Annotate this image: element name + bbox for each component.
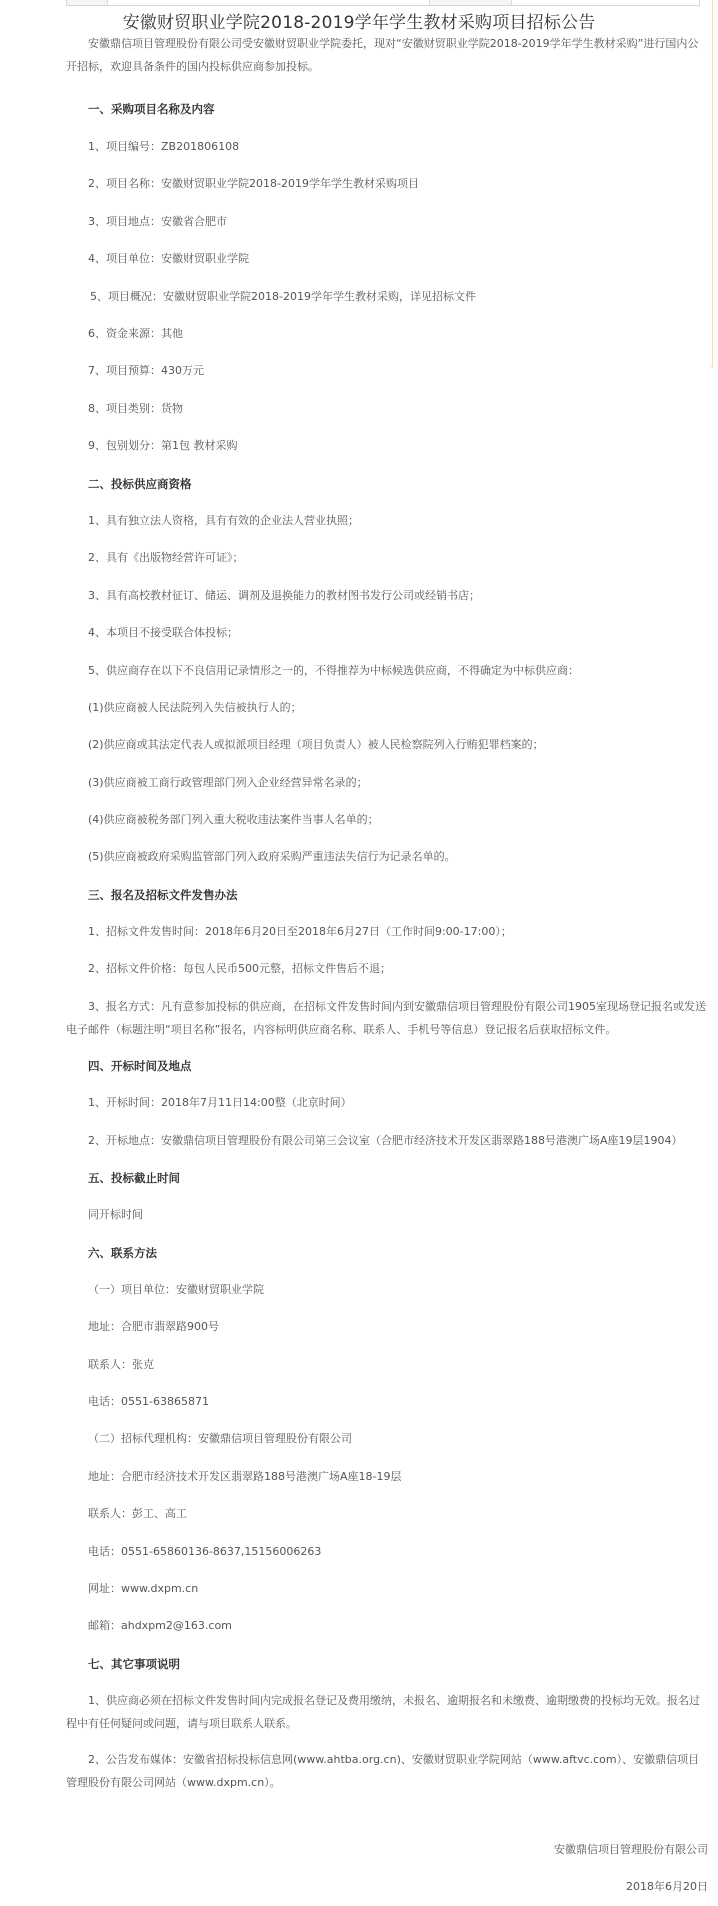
list-item: 3、具有高校教材征订、储运、调剂及退换能力的教材图书发行公司或经销书店； xyxy=(88,589,480,603)
list-item: 7、项目预算：430万元 xyxy=(88,364,204,378)
intro-paragraph: 安徽鼎信项目管理股份有限公司受安徽财贸职业学院委托，现对“安徽财贸职业学院201… xyxy=(66,32,706,78)
list-item: 2、项目名称：安徽财贸职业学院2018-2019学年学生教材采购项目 xyxy=(88,177,419,191)
list-item: 电话：0551-63865871 xyxy=(88,1395,209,1409)
list-item: （二）招标代理机构：安徽鼎信项目管理股份有限公司 xyxy=(88,1432,352,1446)
list-item-paragraph: 3、报名方式：凡有意参加投标的供应商，在招标文件发售时间内到安徽鼎信项目管理股份… xyxy=(66,995,706,1041)
section-heading-1: 一、采购项目名称及内容 xyxy=(88,102,215,116)
signature-date: 2018年6月20日 xyxy=(400,1880,708,1894)
list-item: 3、项目地点：安徽省合肥市 xyxy=(88,215,227,229)
section-heading-5: 五、投标截止时间 xyxy=(88,1171,180,1185)
list-item: 邮箱：ahdxpm2@163.com xyxy=(88,1619,232,1633)
table-cell-value xyxy=(512,0,699,5)
list-item: 地址：合肥市翡翠路900号 xyxy=(88,1320,219,1334)
list-item: 2、具有《出版物经营许可证》； xyxy=(88,551,244,565)
list-item: (1)供应商被人民法院列入失信被执行人的； xyxy=(88,701,302,715)
list-item: (4)供应商被税务部门列入重大税收违法案件当事人名单的； xyxy=(88,813,379,827)
intro-text: 安徽鼎信项目管理股份有限公司受安徽财贸职业学院委托，现对“安徽财贸职业学院201… xyxy=(66,37,698,73)
signature-company: 安徽鼎信项目管理股份有限公司 xyxy=(400,1843,708,1857)
list-item: 联系人：张克 xyxy=(88,1358,154,1372)
list-item: 网址：www.dxpm.cn xyxy=(88,1582,198,1596)
page-title: 安徽财贸职业学院2018-2019学年学生教材采购项目招标公告 xyxy=(0,8,718,33)
list-item-text: 1、供应商必须在招标文件发售时间内完成报名登记及费用缴纳，未报名、逾期报名和未缴… xyxy=(66,1694,700,1730)
list-item: 6、资金来源：其他 xyxy=(88,327,183,341)
section-heading-6: 六、联系方法 xyxy=(88,1246,157,1260)
list-item: 同开标时间 xyxy=(88,1208,143,1222)
list-item: （一）项目单位：安徽财贸职业学院 xyxy=(88,1283,264,1297)
list-item: 1、招标文件发售时间：2018年6月20日至2018年6月27日（工作时间9:0… xyxy=(88,925,512,939)
list-item: 1、项目编号：ZB201806108 xyxy=(88,140,239,154)
section-heading-2: 二、投标供应商资格 xyxy=(88,477,192,491)
list-item-text: 3、报名方式：凡有意参加投标的供应商，在招标文件发售时间内到安徽鼎信项目管理股份… xyxy=(66,1000,706,1036)
list-item: 1、开标时间：2018年7月11日14:00整（北京时间） xyxy=(88,1096,352,1110)
list-item-text: 2、公告发布媒体：安徽省招标投标信息网(www.ahtba.org.cn)、安徽… xyxy=(66,1753,699,1789)
table-cell-value xyxy=(108,0,430,5)
list-item-paragraph: 2、公告发布媒体：安徽省招标投标信息网(www.ahtba.org.cn)、安徽… xyxy=(66,1748,706,1794)
table-cell-label xyxy=(67,0,108,5)
list-item: 4、本项目不接受联合体投标； xyxy=(88,626,238,640)
list-item: 1、具有独立法人资格，具有有效的企业法人营业执照； xyxy=(88,514,359,528)
list-item: 5、项目概况：安徽财贸职业学院2018-2019学年学生教材采购，详见招标文件 xyxy=(90,290,476,304)
side-border-rule-end xyxy=(710,366,714,367)
list-item: 地址：合肥市经济技术开发区翡翠路188号港澳广场A座18-19层 xyxy=(88,1470,401,1484)
table-cell-label xyxy=(430,0,512,5)
list-item: 联系人：彭工、高工 xyxy=(88,1507,187,1521)
list-item: 8、项目类别：货物 xyxy=(88,402,183,416)
section-heading-3: 三、报名及招标文件发售办法 xyxy=(88,888,238,902)
list-item: 9、包别划分：第1包 教材采购 xyxy=(88,439,238,453)
list-item-paragraph: 1、供应商必须在招标文件发售时间内完成报名登记及费用缴纳，未报名、逾期报名和未缴… xyxy=(66,1689,706,1735)
list-item: (5)供应商被政府采购监管部门列入政府采购严重违法失信行为记录名单的。 xyxy=(88,850,456,864)
list-item: 4、项目单位：安徽财贸职业学院 xyxy=(88,252,249,266)
list-item: (2)供应商或其法定代表人或拟派项目经理（项目负责人）被人民检察院列入行贿犯罪档… xyxy=(88,738,544,752)
header-table-fragment xyxy=(66,0,700,6)
side-border-rule xyxy=(712,0,713,366)
section-heading-4: 四、开标时间及地点 xyxy=(88,1059,192,1073)
list-item: (3)供应商被工商行政管理部门列入企业经营异常名录的； xyxy=(88,776,368,790)
section-heading-7: 七、其它事项说明 xyxy=(88,1657,180,1671)
list-item: 电话：0551-65860136-8637,15156006263 xyxy=(88,1545,321,1559)
list-item: 2、开标地点：安徽鼎信项目管理股份有限公司第三会议室（合肥市经济技术开发区翡翠路… xyxy=(88,1134,683,1148)
list-item: 5、供应商存在以下不良信用记录情形之一的，不得推荐为中标候选供应商，不得确定为中… xyxy=(88,664,579,678)
list-item: 2、招标文件价格：每包人民币500元整，招标文件售后不退； xyxy=(88,962,391,976)
